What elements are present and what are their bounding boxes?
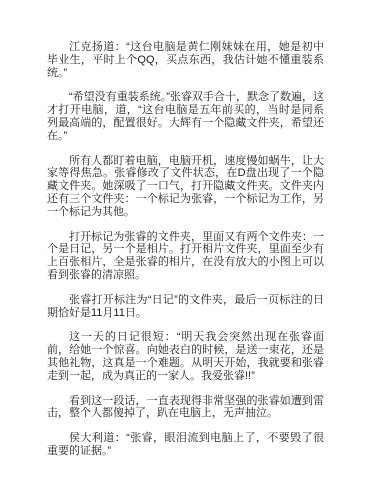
text-content: 江克扬道：“这台电脑是黄仁刚妹妹在用，她是初中毕业生，平时上个QQ，买点东西，我… xyxy=(47,41,324,470)
paragraph: 所有人都盯着电脑，电脑开机，速度慢如蜗牛，让大家等得焦急。张睿修改了文件状态，在… xyxy=(47,155,324,219)
paragraph: 这一天的日记很短：“明天我会突然出现在张睿面前，给她一个惊喜。向她表白的时候，是… xyxy=(47,331,324,382)
paragraph: 江克扬道：“这台电脑是黄仁刚妹妹在用，她是初中毕业生，平时上个QQ，买点东西，我… xyxy=(47,41,324,79)
ebook-page: 江克扬道：“这台电脑是黄仁刚妹妹在用，她是初中毕业生，平时上个QQ，买点东西，我… xyxy=(0,0,370,480)
paragraph: 侯大利道：“张睿，眼泪流到电脑上了，不要毁了很重要的证据。” xyxy=(47,432,324,458)
paragraph: 看到这一段话，一直表现得非常坚强的张睿如遭到雷击，整个人都傻掉了，趴在电脑上，无… xyxy=(47,395,324,421)
paragraph: 张睿打开标注为“日记”的文件夹，最后一页标注的日期恰好是11月11日。 xyxy=(47,294,324,320)
paragraph: “希望没有重装系统。”张睿双手合十，默念了数遍，这才打开电脑，道，“这台电脑是五… xyxy=(47,91,324,142)
paragraph: 打开标记为张睿的文件夹，里面又有两个文件夹：一个是日记，另一个是相片。打开相片文… xyxy=(47,231,324,282)
